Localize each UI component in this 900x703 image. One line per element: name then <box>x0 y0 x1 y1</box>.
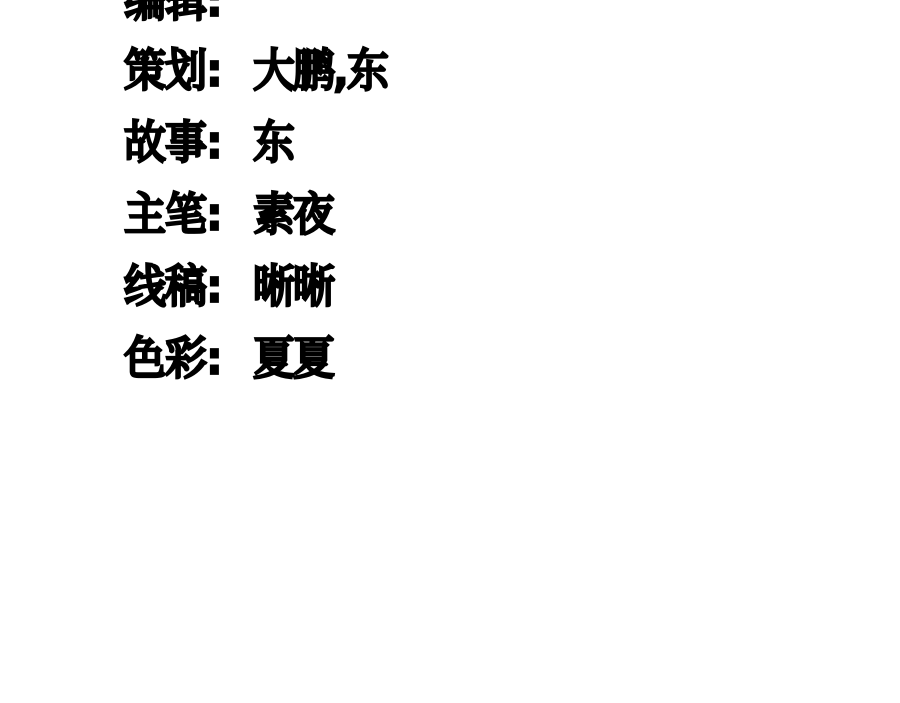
credit-name: 大鹏,东 <box>253 44 387 98</box>
credit-row-lead-artist: 主笔: 素夜 <box>124 190 333 240</box>
credits-panel: 编辑: 策划: 大鹏,东 故事: 东 主笔: 素夜 线稿: 晰晰 色彩: 夏夏 <box>0 0 900 703</box>
credit-role: 故事: <box>124 116 253 170</box>
credit-role: 主笔: <box>124 188 253 242</box>
credit-row-lineart: 线稿: 晰晰 <box>124 262 333 312</box>
credit-row-color: 色彩: 夏夏 <box>124 334 333 384</box>
credit-role: 色彩: <box>124 332 253 386</box>
credit-name: 东 <box>253 116 293 170</box>
credit-name: 夏夏 <box>253 332 333 386</box>
credit-role: 策划: <box>124 44 253 98</box>
credit-role: 线稿: <box>124 260 253 314</box>
credit-row-story: 故事: 东 <box>124 118 293 168</box>
credit-row-planning: 策划: 大鹏,东 <box>124 46 387 96</box>
credit-name: 晰晰 <box>253 260 333 314</box>
credit-row-editor: 编辑: <box>124 0 253 26</box>
credit-role: 编辑: <box>124 0 253 28</box>
credit-name: 素夜 <box>253 188 333 242</box>
